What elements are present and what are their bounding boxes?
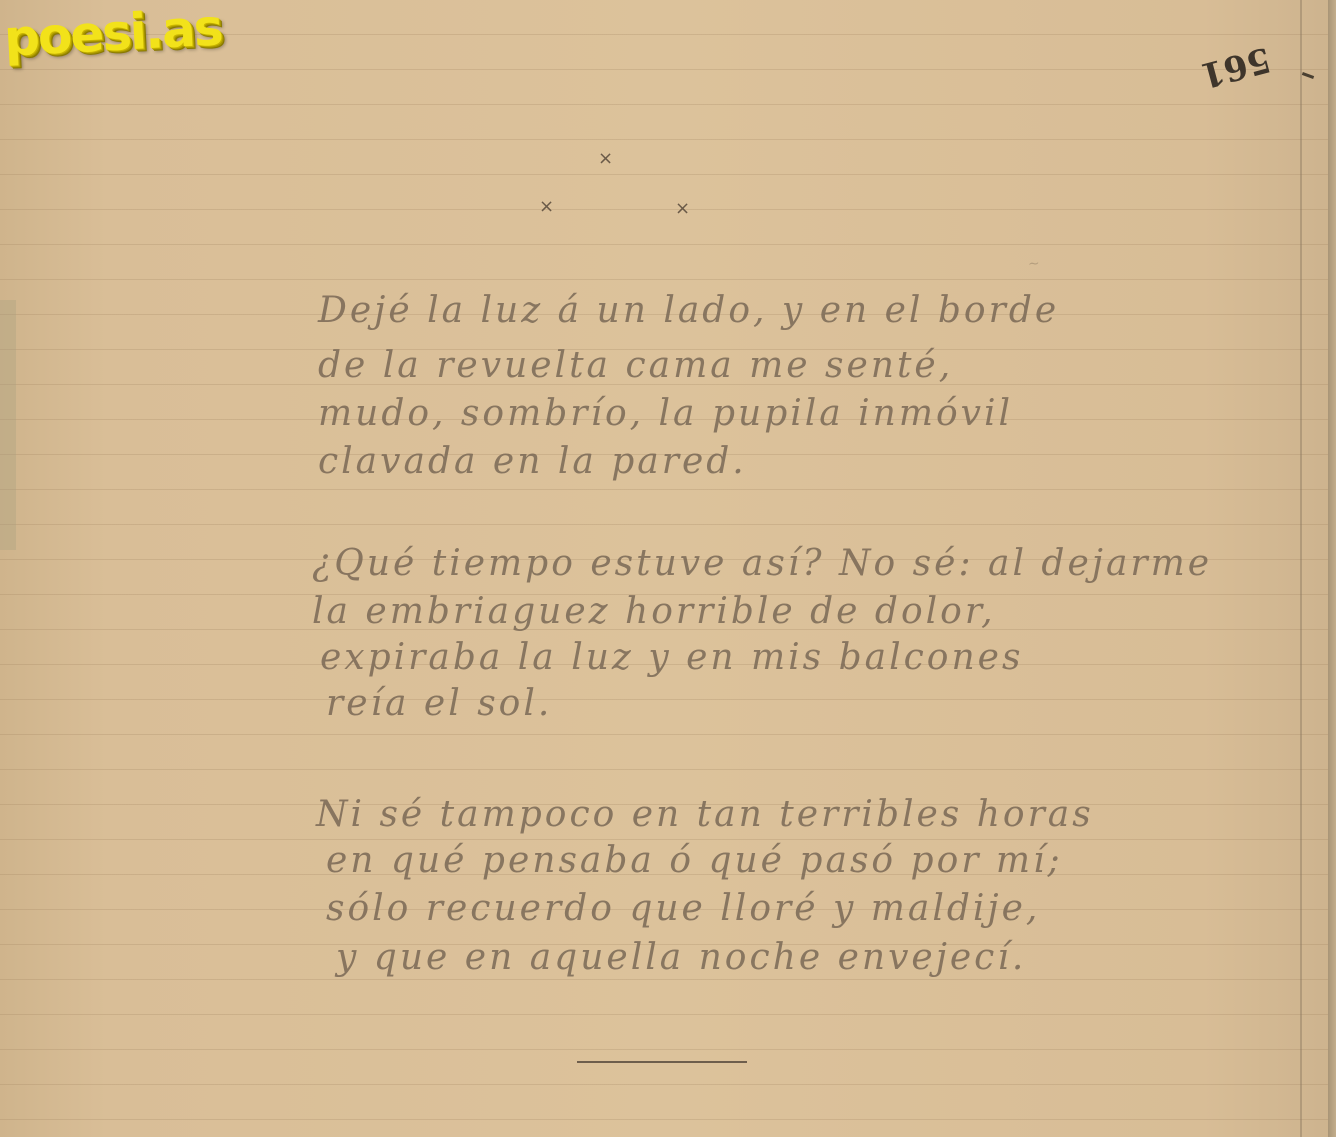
poem-line: sólo recuerdo que lloré y maldije,	[326, 888, 1040, 929]
cross-mark-icon: ×	[675, 198, 690, 219]
folio-mark	[1302, 72, 1314, 79]
folio-number: 561	[1197, 41, 1274, 92]
poem-line: la embriaguez horrible de dolor,	[312, 591, 996, 632]
closing-rule	[577, 1061, 747, 1063]
poem-line: ¿Qué tiempo estuve así? No sé: al dejarm…	[312, 543, 1212, 584]
paper-edge-strip	[0, 300, 16, 550]
site-logo[interactable]: poesi.as	[3, 2, 223, 63]
poem-line: expiraba la luz y en mis balcones	[320, 637, 1023, 678]
poem-line: en qué pensaba ó qué pasó por mí;	[326, 840, 1063, 881]
poem-line: Ni sé tampoco en tan terribles horas	[316, 794, 1094, 835]
margin-line	[1300, 0, 1302, 1137]
poem-line: reía el sol.	[326, 683, 552, 724]
poem-line: de la revuelta cama me senté,	[318, 345, 953, 386]
poem-line: y que en aquella noche envejecí.	[336, 937, 1026, 978]
poem-line: Dejé la luz á un lado, y en el borde	[318, 290, 1059, 331]
poem-line: clavada en la pared.	[318, 441, 747, 482]
pencil-annotation: ~	[1027, 256, 1040, 273]
page-edge	[1328, 0, 1336, 1137]
manuscript-page: poesi.as 561 × × × ~ Dejé la luz á un la…	[0, 0, 1336, 1137]
poem-line: mudo, sombrío, la pupila inmóvil	[318, 393, 1013, 434]
cross-mark-icon: ×	[598, 148, 613, 169]
cross-mark-icon: ×	[539, 196, 554, 217]
